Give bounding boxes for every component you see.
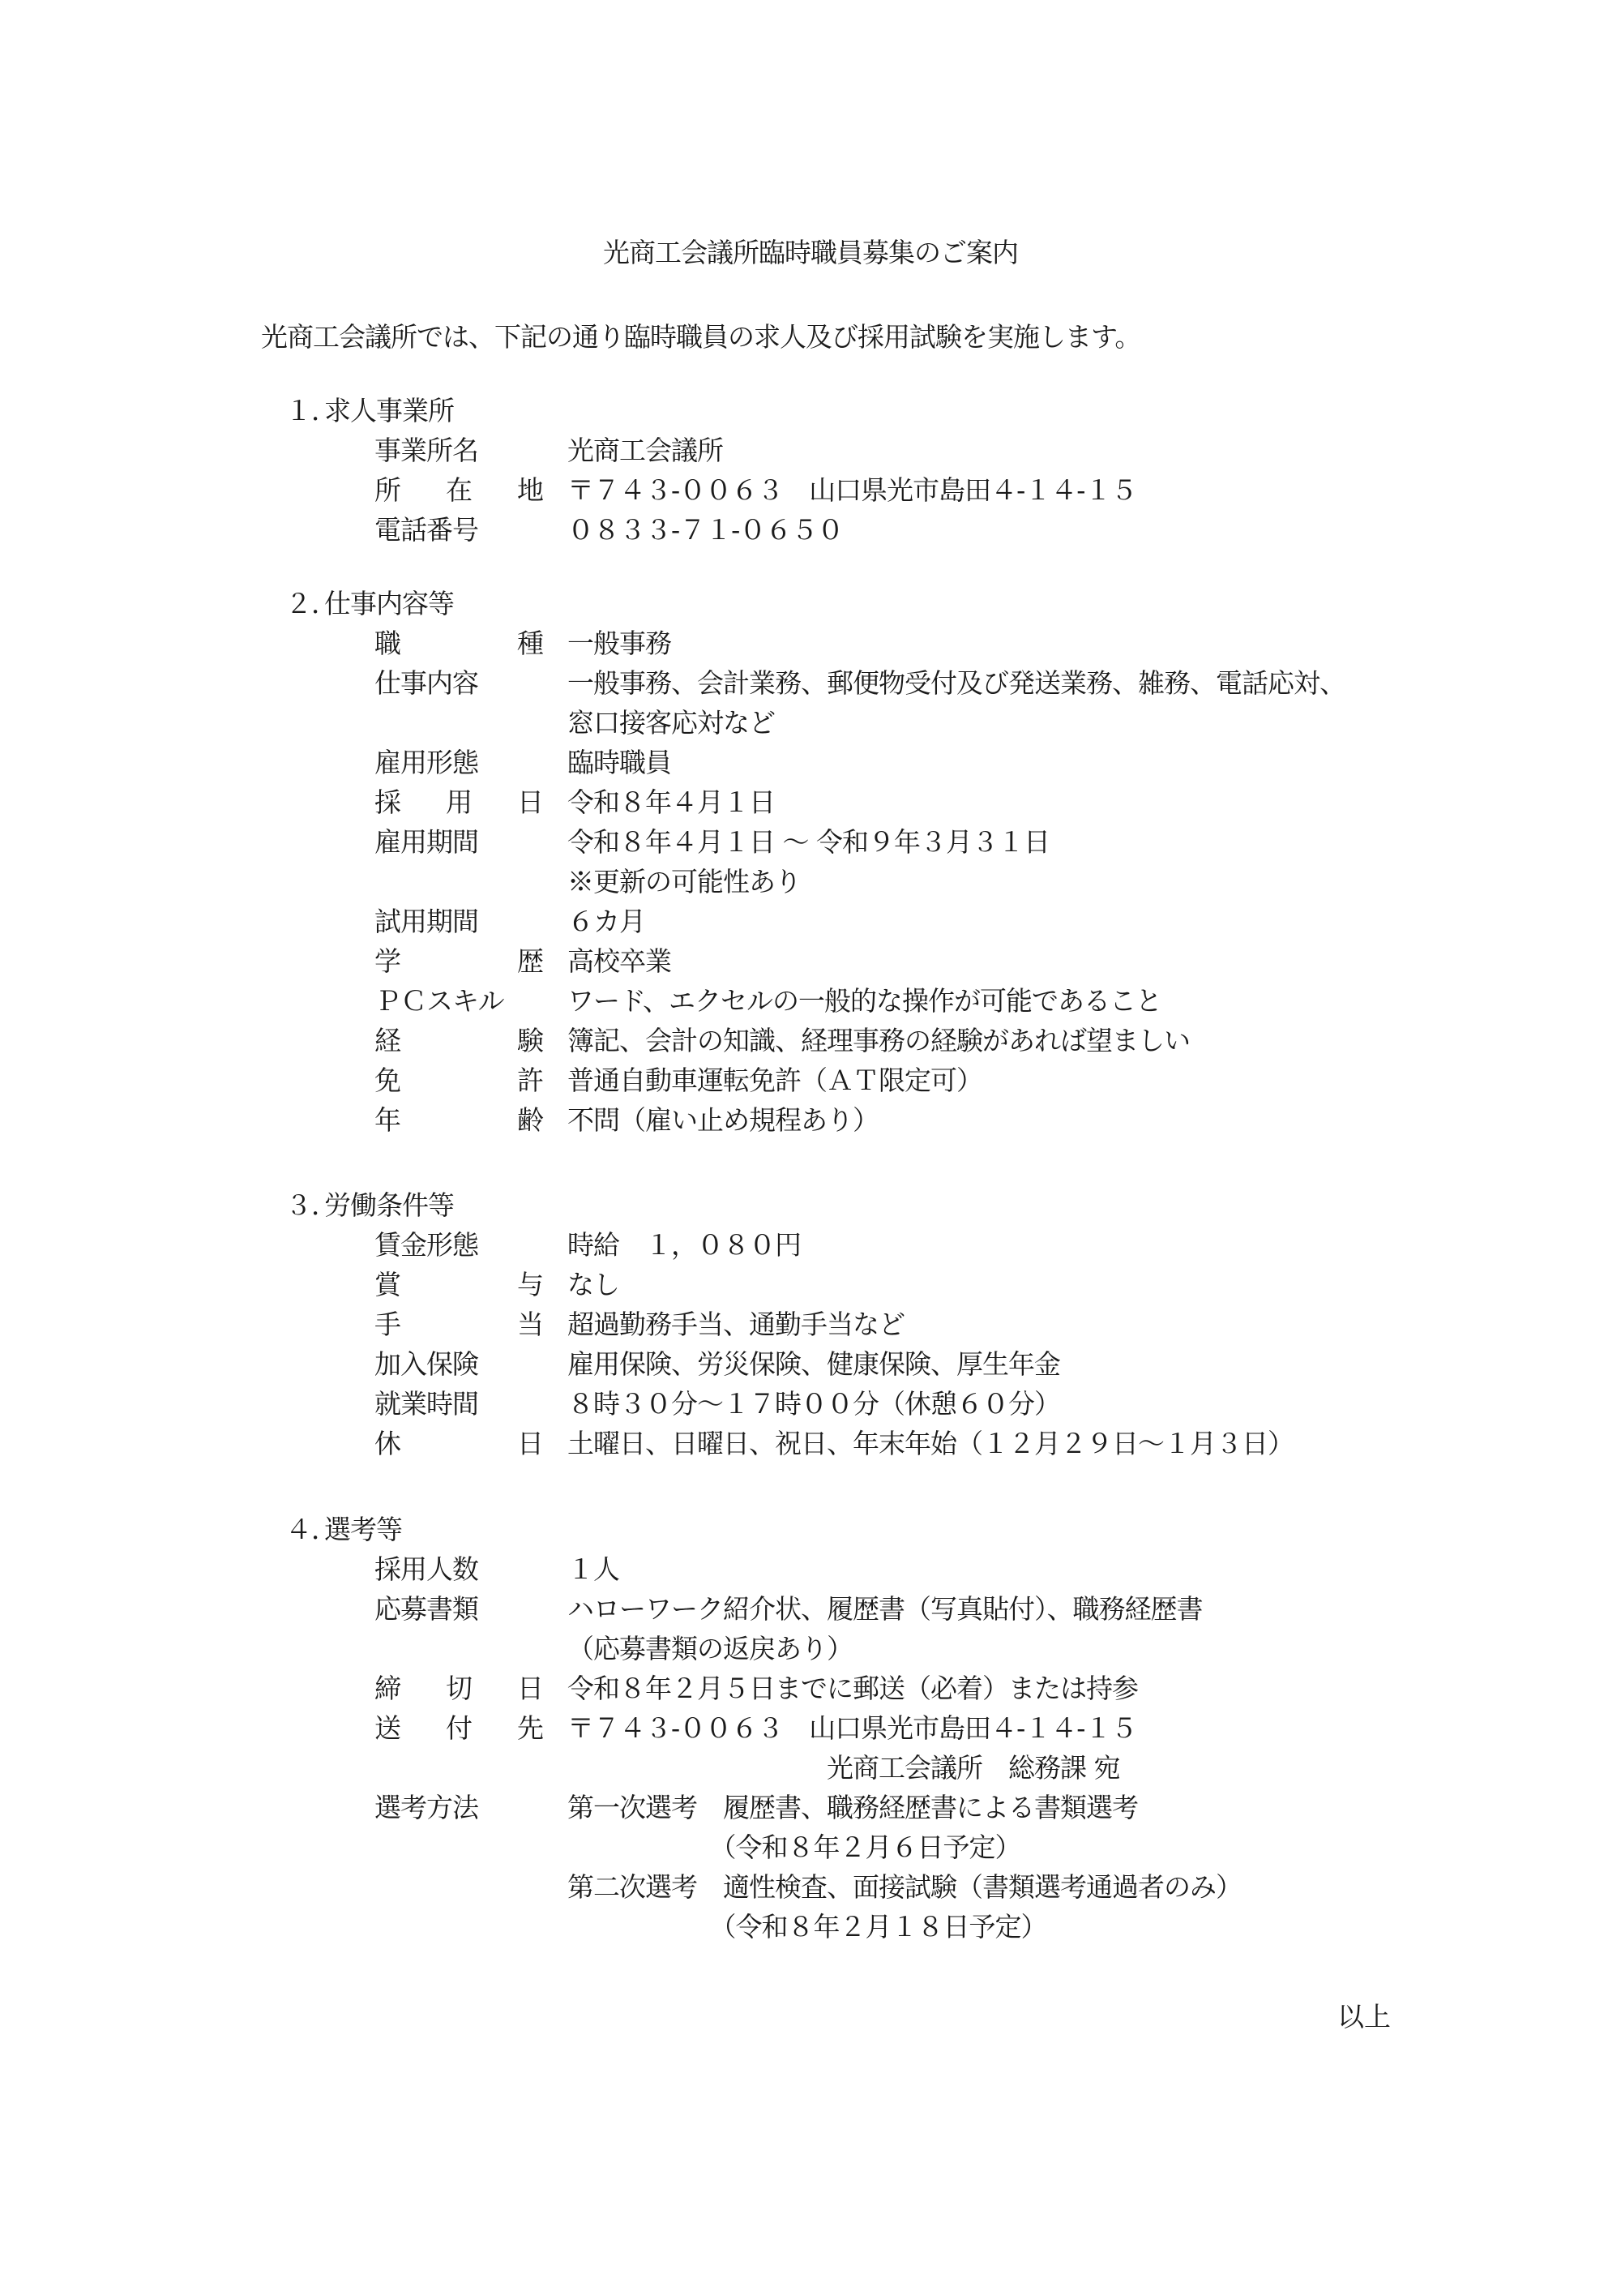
field-value-line: ０８３３-７１-０６５０ <box>567 510 1420 550</box>
field-value: 土曜日、日曜日、祝日、年末年始（１２月２９日～１月３日） <box>567 1424 1420 1463</box>
field-label: 雇用形態 <box>374 743 543 782</box>
section-3: ３．労働条件等賃金形態時給 １，０８０円賞 与なし手 当超過勤務手当、通勤手当な… <box>285 1185 1420 1463</box>
field-row: 事業所名光商工会議所 <box>285 430 1420 470</box>
field-value: 令和８年２月５日までに郵送（必着）または持参 <box>567 1668 1420 1708</box>
section-heading: １．求人事業所 <box>285 391 1420 430</box>
field-value: 光商工会議所 <box>567 430 1420 470</box>
field-value-line: 光商工会議所 <box>567 430 1420 470</box>
field-row: 加入保険雇用保険、労災保険、健康保険、厚生年金 <box>285 1344 1420 1384</box>
closing-text: 以上 <box>1337 1996 1391 2034</box>
field-value-line: ※更新の可能性あり <box>567 862 1420 902</box>
field-row: 試用期間６カ月 <box>285 902 1420 941</box>
field-value-line: 雇用保険、労災保険、健康保険、厚生年金 <box>567 1344 1420 1384</box>
field-value-line: ８時３０分～１７時００分（休憩６０分） <box>567 1384 1420 1424</box>
field-row: 採用人数１人 <box>285 1549 1420 1589</box>
field-value-line: 一般事務、会計業務、郵便物受付及び発送業務、雑務、電話応対、 <box>567 663 1420 703</box>
field-row: 学 歴高校卒業 <box>285 941 1420 981</box>
field-value: 〒７４３-００６３ 山口県光市島田４-１４-１５ <box>567 470 1420 510</box>
field-value-line: 窓口接客応対など <box>567 703 1420 743</box>
field-value-line: １人 <box>567 1549 1420 1589</box>
field-value-line: 〒７４３-００６３ 山口県光市島田４-１４-１５ <box>567 470 1420 510</box>
field-row: 経 験簿記、会計の知識、経理事務の経験があれば望ましい <box>285 1021 1420 1060</box>
field-row: 賞 与なし <box>285 1265 1420 1304</box>
field-value-line: 高校卒業 <box>567 941 1420 981</box>
field-label: 採 用 日 <box>374 782 543 822</box>
field-row: 手 当超過勤務手当、通勤手当など <box>285 1304 1420 1344</box>
field-value: 雇用保険、労災保険、健康保険、厚生年金 <box>567 1344 1420 1384</box>
field-value: ワード、エクセルの一般的な操作が可能であること <box>567 981 1420 1021</box>
field-value-line: 第一次選考 履歴書、職務経歴書による書類選考 <box>567 1788 1420 1827</box>
field-row: 雇用期間令和８年４月１日 ～ 令和９年３月３１日※更新の可能性あり <box>285 822 1420 902</box>
intro-paragraph: 光商工会議所では、下記の通り臨時職員の求人及び採用試験を実施します。 <box>261 316 1140 354</box>
field-value-line: 一般事務 <box>567 623 1420 663</box>
field-label: 経 験 <box>374 1021 543 1060</box>
field-row: 締 切 日令和８年２月５日までに郵送（必着）または持参 <box>285 1668 1420 1708</box>
field-label: 採用人数 <box>374 1549 543 1589</box>
field-value-line: ハローワーク紹介状、履歴書（写真貼付）、職務経歴書 <box>567 1589 1420 1629</box>
field-row: 電話番号０８３３-７１-０６５０ <box>285 510 1420 550</box>
field-label: 所 在 地 <box>374 470 543 510</box>
field-row: 選考方法第一次選考 履歴書、職務経歴書による書類選考 （令和８年２月６日予定）第… <box>285 1788 1420 1947</box>
field-label: 賞 与 <box>374 1265 543 1304</box>
field-value: 高校卒業 <box>567 941 1420 981</box>
field-value-line: 簿記、会計の知識、経理事務の経験があれば望ましい <box>567 1021 1420 1060</box>
field-label: 免 許 <box>374 1060 543 1100</box>
field-value-line: 第二次選考 適性検査、面接試験（書類選考通過者のみ） <box>567 1867 1420 1907</box>
field-value-line: 令和８年４月１日 ～ 令和９年３月３１日 <box>567 822 1420 862</box>
field-label: 雇用期間 <box>374 822 543 902</box>
field-row: 年 齢不問（雇い止め規程あり） <box>285 1100 1420 1140</box>
section-heading-text: 労働条件等 <box>324 1189 454 1221</box>
field-value: 令和８年４月１日 ～ 令和９年３月３１日※更新の可能性あり <box>567 822 1420 902</box>
field-label: 選考方法 <box>374 1788 543 1947</box>
field-value: １人 <box>567 1549 1420 1589</box>
field-row: 雇用形態臨時職員 <box>285 743 1420 782</box>
field-row: 賃金形態時給 １，０８０円 <box>285 1225 1420 1265</box>
field-row: 応募書類ハローワーク紹介状、履歴書（写真貼付）、職務経歴書（応募書類の返戻あり） <box>285 1589 1420 1668</box>
section-2: ２．仕事内容等職 種一般事務仕事内容一般事務、会計業務、郵便物受付及び発送業務、… <box>285 584 1420 1140</box>
field-label: 年 齢 <box>374 1100 543 1140</box>
field-value-line: 光商工会議所 総務課 宛 <box>567 1748 1420 1788</box>
section-heading-text: 求人事業所 <box>324 395 454 426</box>
field-label: 送 付 先 <box>374 1708 543 1788</box>
field-value: ６カ月 <box>567 902 1420 941</box>
field-value: 簿記、会計の知識、経理事務の経験があれば望ましい <box>567 1021 1420 1060</box>
field-row: 送 付 先〒７４３-００６３ 山口県光市島田４-１４-１５ 光商工会議所 総務課… <box>285 1708 1420 1788</box>
document-title: 光商工会議所臨時職員募集のご案内 <box>0 232 1621 270</box>
field-value: 不問（雇い止め規程あり） <box>567 1100 1420 1140</box>
field-label: 仕事内容 <box>374 663 543 743</box>
section-4: ４．選考等採用人数１人応募書類ハローワーク紹介状、履歴書（写真貼付）、職務経歴書… <box>285 1510 1420 1947</box>
field-label: 学 歴 <box>374 941 543 981</box>
field-label: 職 種 <box>374 623 543 663</box>
field-value-line: 超過勤務手当、通勤手当など <box>567 1304 1420 1344</box>
field-row: 就業時間８時３０分～１７時００分（休憩６０分） <box>285 1384 1420 1424</box>
field-label: ＰＣスキル <box>374 981 543 1021</box>
field-row: 休 日土曜日、日曜日、祝日、年末年始（１２月２９日～１月３日） <box>285 1424 1420 1463</box>
field-label: 試用期間 <box>374 902 543 941</box>
field-label: 締 切 日 <box>374 1668 543 1708</box>
section-number: ４． <box>285 1510 324 1549</box>
field-value-line: ワード、エクセルの一般的な操作が可能であること <box>567 981 1420 1021</box>
field-value-line: 〒７４３-００６３ 山口県光市島田４-１４-１５ <box>567 1708 1420 1748</box>
field-value-line: 不問（雇い止め規程あり） <box>567 1100 1420 1140</box>
field-value-line: ６カ月 <box>567 902 1420 941</box>
field-value: 超過勤務手当、通勤手当など <box>567 1304 1420 1344</box>
field-value-line: なし <box>567 1265 1420 1304</box>
field-value-line: 土曜日、日曜日、祝日、年末年始（１２月２９日～１月３日） <box>567 1424 1420 1463</box>
field-value-line: 令和８年４月１日 <box>567 782 1420 822</box>
section-heading-text: 選考等 <box>324 1514 402 1545</box>
field-row: 仕事内容一般事務、会計業務、郵便物受付及び発送業務、雑務、電話応対、窓口接客応対… <box>285 663 1420 743</box>
field-value: 時給 １，０８０円 <box>567 1225 1420 1265</box>
field-label: 休 日 <box>374 1424 543 1463</box>
field-value-line: 普通自動車運転免許（ＡＴ限定可） <box>567 1060 1420 1100</box>
field-value: 臨時職員 <box>567 743 1420 782</box>
field-row: 免 許普通自動車運転免許（ＡＴ限定可） <box>285 1060 1420 1100</box>
field-value: 一般事務、会計業務、郵便物受付及び発送業務、雑務、電話応対、窓口接客応対など <box>567 663 1420 743</box>
field-value-line: （令和８年２月６日予定） <box>567 1827 1420 1867</box>
field-value: 普通自動車運転免許（ＡＴ限定可） <box>567 1060 1420 1100</box>
field-value-line: （応募書類の返戻あり） <box>567 1629 1420 1668</box>
section-number: ３． <box>285 1185 324 1225</box>
field-value: 〒７４３-００６３ 山口県光市島田４-１４-１５ 光商工会議所 総務課 宛 <box>567 1708 1420 1788</box>
document-page: 光商工会議所臨時職員募集のご案内 光商工会議所では、下記の通り臨時職員の求人及び… <box>0 0 1621 2296</box>
field-value: ハローワーク紹介状、履歴書（写真貼付）、職務経歴書（応募書類の返戻あり） <box>567 1589 1420 1668</box>
field-value: 令和８年４月１日 <box>567 782 1420 822</box>
field-label: 加入保険 <box>374 1344 543 1384</box>
field-row: 職 種一般事務 <box>285 623 1420 663</box>
field-value: なし <box>567 1265 1420 1304</box>
field-value: 一般事務 <box>567 623 1420 663</box>
section-heading: ４．選考等 <box>285 1510 1420 1549</box>
field-label: 手 当 <box>374 1304 543 1344</box>
field-row: ＰＣスキルワード、エクセルの一般的な操作が可能であること <box>285 981 1420 1021</box>
field-value-line: （令和８年２月１８日予定） <box>567 1907 1420 1947</box>
field-value: ８時３０分～１７時００分（休憩６０分） <box>567 1384 1420 1424</box>
field-value: 第一次選考 履歴書、職務経歴書による書類選考 （令和８年２月６日予定）第二次選考… <box>567 1788 1420 1947</box>
field-label: 賃金形態 <box>374 1225 543 1265</box>
section-1: １．求人事業所事業所名光商工会議所所 在 地〒７４３-００６３ 山口県光市島田４… <box>285 391 1420 550</box>
field-value-line: 令和８年２月５日までに郵送（必着）または持参 <box>567 1668 1420 1708</box>
field-value-line: 時給 １，０８０円 <box>567 1225 1420 1265</box>
section-number: ２． <box>285 584 324 623</box>
section-heading: ２．仕事内容等 <box>285 584 1420 623</box>
section-heading-text: 仕事内容等 <box>324 588 454 619</box>
field-value: ０８３３-７１-０６５０ <box>567 510 1420 550</box>
section-heading: ３．労働条件等 <box>285 1185 1420 1225</box>
field-value-line: 臨時職員 <box>567 743 1420 782</box>
field-label: 就業時間 <box>374 1384 543 1424</box>
field-label: 電話番号 <box>374 510 543 550</box>
field-label: 事業所名 <box>374 430 543 470</box>
field-row: 所 在 地〒７４３-００６３ 山口県光市島田４-１４-１５ <box>285 470 1420 510</box>
field-row: 採 用 日令和８年４月１日 <box>285 782 1420 822</box>
field-label: 応募書類 <box>374 1589 543 1668</box>
section-number: １． <box>285 391 324 430</box>
